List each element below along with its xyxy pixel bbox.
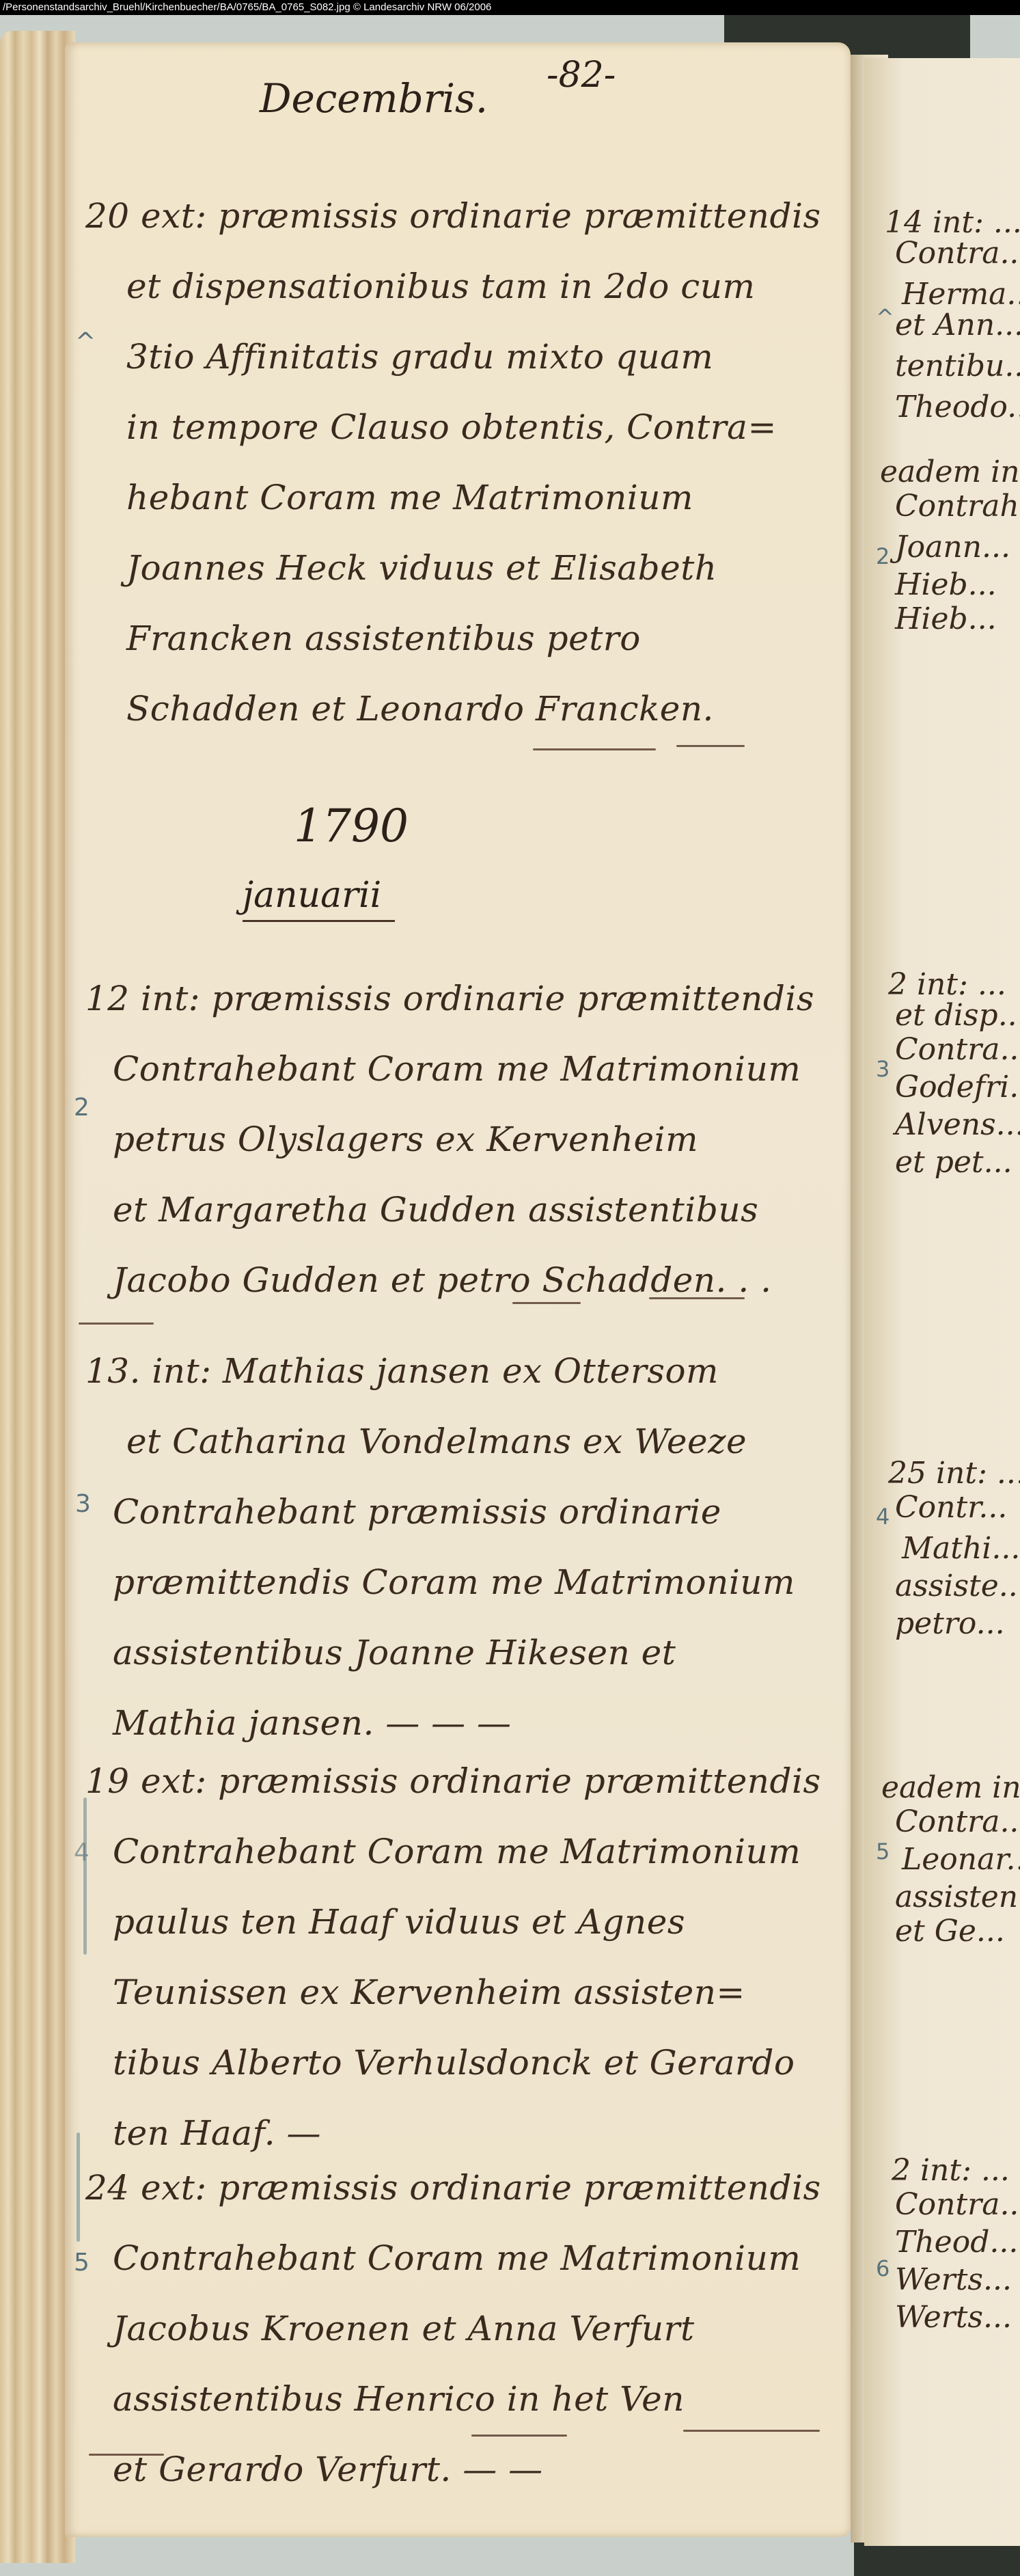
margin-number: ^ bbox=[876, 304, 894, 330]
margin-number: 4 bbox=[876, 1504, 890, 1530]
right-page-line: eadem in... bbox=[881, 1770, 1020, 1805]
right-page-line: 2 int: ... bbox=[892, 2153, 1010, 2188]
entry-line: Contrahebant Coram me Matrimonium bbox=[85, 1817, 844, 1887]
margin-number: 6 bbox=[876, 2255, 890, 2281]
register-entry-dec-20: 20 ext: præmissis ordinarie præmittendis… bbox=[85, 181, 844, 744]
register-entry-jan-19: 19 ext: præmissis ordinarie præmittendis… bbox=[85, 1746, 844, 2169]
page-number: -82- bbox=[547, 55, 616, 96]
right-page-line: Theodo... bbox=[895, 390, 1020, 424]
entry-line: Joannes Heck viduus et Elisabeth bbox=[85, 533, 844, 604]
right-page-line: Joann... bbox=[895, 530, 1010, 565]
right-page-line: Werts... bbox=[895, 2300, 1012, 2335]
entry-line: assistentibus Joanne Hikesen et bbox=[85, 1618, 844, 1688]
entry-line: Jacobus Kroenen et Anna Verfurt bbox=[85, 2294, 844, 2364]
entry-divider bbox=[683, 2430, 820, 2432]
right-page-line: petro... bbox=[895, 1606, 1005, 1641]
margin-number: 5 bbox=[74, 2249, 89, 2277]
right-page-line: Werts... bbox=[895, 2262, 1012, 2297]
entry-divider bbox=[649, 1297, 745, 1299]
entry-line: in tempore Clauso obtentis, Contra= bbox=[85, 392, 844, 463]
register-entry-jan-24: 24 ext: præmissis ordinarie præmittendis… bbox=[85, 2153, 844, 2505]
entry-line: et Margaretha Gudden assistentibus bbox=[85, 1175, 844, 1245]
right-page-line: Contrah... bbox=[895, 489, 1020, 524]
entry-line: 3tio Affinitatis gradu mixto quam bbox=[85, 322, 844, 392]
month-heading-january: januarii bbox=[243, 875, 395, 922]
book-page-edges bbox=[0, 31, 75, 2563]
right-page-line: Contra... bbox=[895, 1804, 1020, 1839]
entry-line: Contrahebant Coram me Matrimonium bbox=[85, 2223, 844, 2294]
right-page-line: Theod... bbox=[895, 2225, 1018, 2260]
right-page-line: Herma... bbox=[902, 277, 1020, 312]
entry-divider bbox=[533, 748, 656, 750]
entry-divider bbox=[676, 745, 745, 747]
month-heading-december: Decembris. bbox=[260, 75, 488, 122]
right-page-line: 25 int: ... bbox=[888, 1456, 1020, 1491]
right-page-line: 2 int: ... bbox=[888, 967, 1006, 1002]
register-entry-jan-13: 13. int: Mathias jansen ex Ottersom et C… bbox=[85, 1336, 844, 1759]
margin-number: 3 bbox=[75, 1490, 91, 1518]
margin-number: 3 bbox=[876, 1056, 890, 1082]
entry-line: 20 ext: præmissis ordinarie præmittendis bbox=[85, 181, 844, 252]
pencil-margin-mark bbox=[83, 1798, 87, 1955]
margin-number: 2 bbox=[876, 543, 890, 569]
entry-line: præmittendis Coram me Matrimonium bbox=[85, 1547, 844, 1618]
right-page-line: Contra... bbox=[895, 1032, 1020, 1067]
margin-number: 4 bbox=[74, 1839, 89, 1867]
right-page-line: Hieb... bbox=[895, 567, 997, 602]
file-path-caption: /Personenstandsarchiv_Bruehl/Kirchenbuec… bbox=[3, 1, 491, 13]
entry-line: Jacobo Gudden et petro Schadden. . . bbox=[85, 1245, 844, 1316]
entry-divider bbox=[79, 1323, 154, 1325]
right-page-line: Contra... bbox=[895, 236, 1020, 271]
entry-line: petrus Olyslagers ex Kervenheim bbox=[85, 1104, 844, 1175]
margin-number: 5 bbox=[876, 1839, 890, 1865]
right-page-line: eadem in... bbox=[880, 455, 1020, 489]
right-page-line: Alvens... bbox=[895, 1107, 1020, 1142]
right-page-line: et Ge... bbox=[895, 1914, 1005, 1949]
entry-line: Francken assistentibus petro bbox=[85, 604, 844, 674]
entry-divider bbox=[89, 2454, 164, 2456]
image-caption-bar: /Personenstandsarchiv_Bruehl/Kirchenbuec… bbox=[0, 0, 1020, 15]
entry-line: et Gerardo Verfurt. — — bbox=[85, 2435, 844, 2505]
right-page-line: Mathi... bbox=[902, 1531, 1020, 1566]
right-page-line: tentibu... bbox=[895, 349, 1020, 383]
entry-line: Contrahebant Coram me Matrimonium bbox=[85, 1034, 844, 1104]
right-page-line: Godefri... bbox=[895, 1070, 1020, 1104]
right-page-line: et Ann... bbox=[895, 308, 1020, 342]
entry-line: paulus ten Haaf viduus et Agnes bbox=[85, 1887, 844, 1957]
right-page-line: 14 int: ... bbox=[885, 205, 1020, 240]
right-page-line: assisten... bbox=[895, 1880, 1020, 1914]
right-page-line: Leonar... bbox=[902, 1842, 1020, 1877]
entry-divider bbox=[512, 1302, 581, 1304]
right-page-line: Contra... bbox=[895, 2187, 1020, 2222]
entry-line: et Catharina Vondelmans ex Weeze bbox=[85, 1407, 844, 1477]
margin-number: 2 bbox=[74, 1094, 89, 1122]
right-page-line: Hieb... bbox=[895, 601, 997, 636]
entry-line: et dispensationibus tam in 2do cum bbox=[85, 252, 844, 322]
entry-line: hebant Coram me Matrimonium bbox=[85, 463, 844, 533]
entry-line: Contrahebant præmissis ordinarie bbox=[85, 1477, 844, 1547]
entry-line: 24 ext: præmissis ordinarie præmittendis bbox=[85, 2153, 844, 2223]
register-entry-jan-12: 12 int: præmissis ordinarie præmittendis… bbox=[85, 964, 844, 1316]
entry-line: assistentibus Henrico in het Ven bbox=[85, 2364, 844, 2435]
entry-line: tibus Alberto Verhulsdonck et Gerardo bbox=[85, 2028, 844, 2098]
entry-line: 12 int: præmissis ordinarie præmittendis bbox=[85, 964, 844, 1034]
margin-number: ^ bbox=[75, 328, 96, 356]
entry-line: 13. int: Mathias jansen ex Ottersom bbox=[85, 1336, 844, 1407]
entry-line: 19 ext: præmissis ordinarie præmittendis bbox=[85, 1746, 844, 1817]
entry-line: Schadden et Leonardo Francken. bbox=[85, 674, 844, 744]
right-page-line: assiste... bbox=[895, 1569, 1020, 1603]
right-page-line: Contr... bbox=[895, 1490, 1007, 1525]
year-heading: 1790 bbox=[294, 800, 409, 852]
entry-line: Teunissen ex Kervenheim assisten= bbox=[85, 1957, 844, 2028]
entry-divider bbox=[471, 2435, 567, 2437]
right-page-line: et disp... bbox=[895, 998, 1020, 1033]
right-page-line: et pet... bbox=[895, 1145, 1012, 1180]
pencil-margin-mark bbox=[77, 2132, 80, 2242]
